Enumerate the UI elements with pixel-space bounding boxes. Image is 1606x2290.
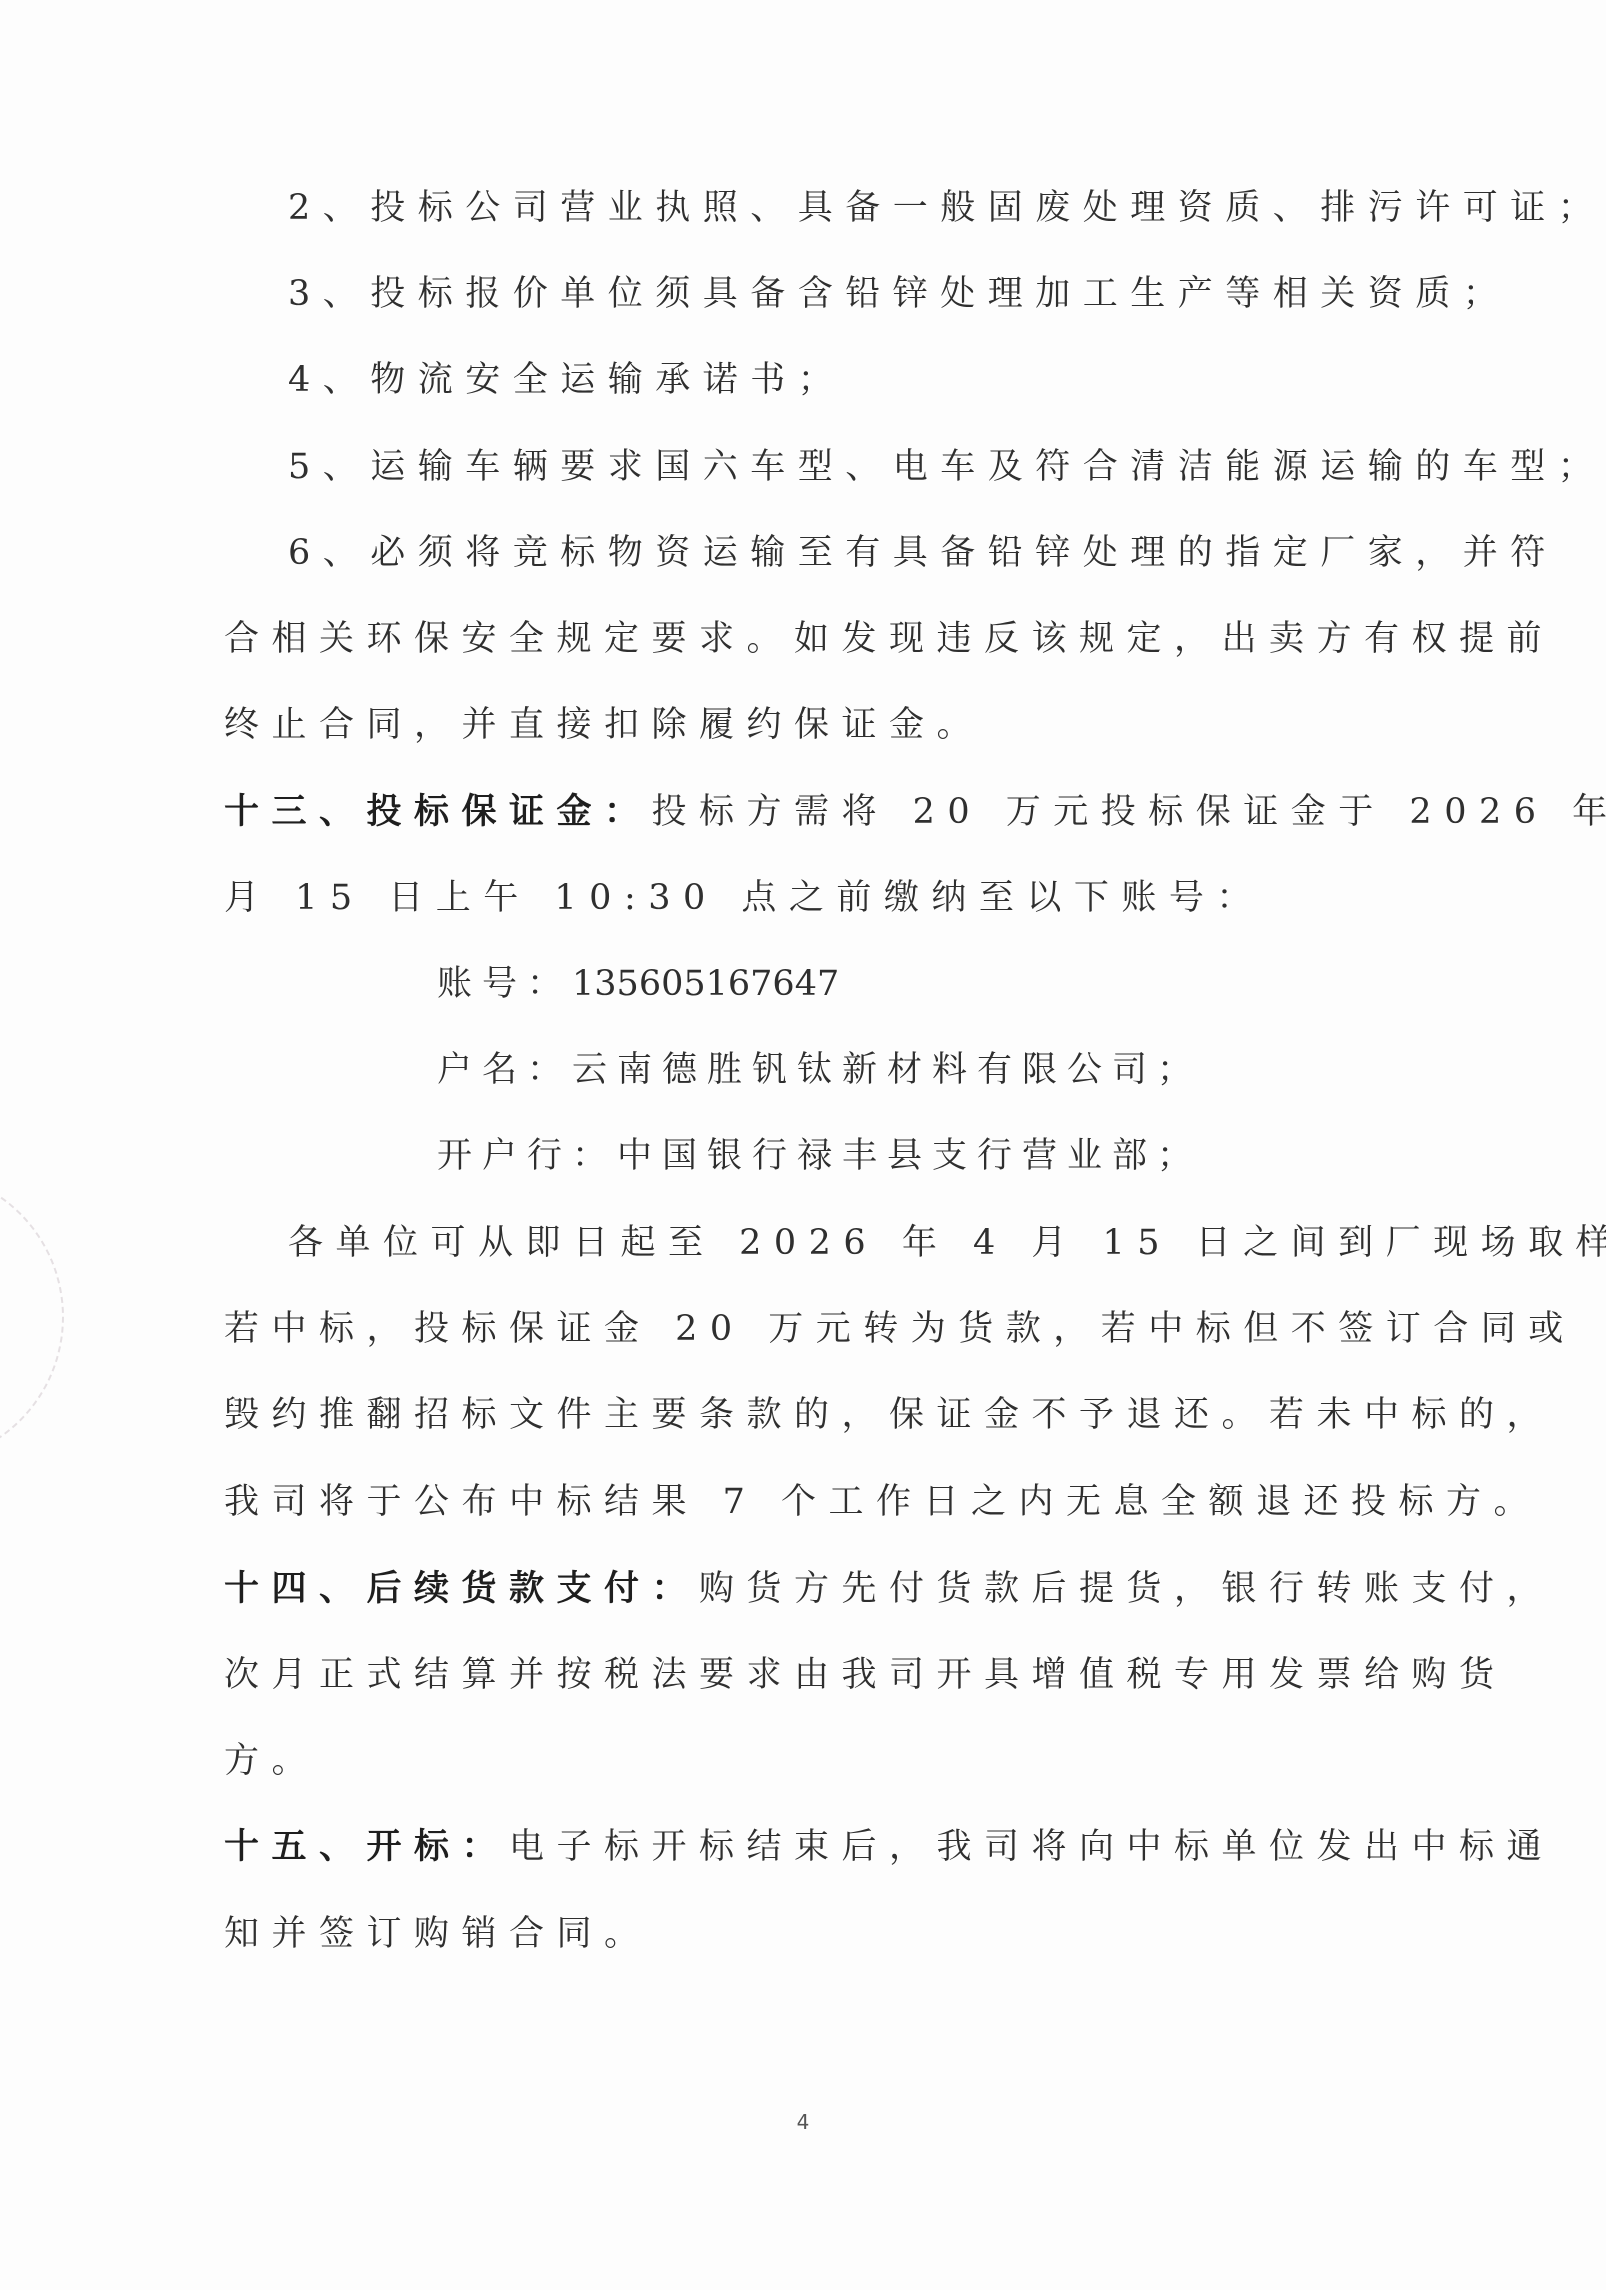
account-number-label: 账号： — [437, 964, 572, 1004]
account-name-line: 户名：云南德胜钒钛新材料有限公司； — [437, 1048, 1587, 1092]
section-13-heading: 十三、投标保证金： — [224, 791, 652, 832]
section-14-line-1: 十四、后续货款支付：购货方先付货款后提货，银行转账支付， — [224, 1567, 1374, 1611]
requirement-item-6-cont2: 终止合同，并直接扣除履约保证金。 — [224, 703, 1374, 747]
account-bank-value: 中国银行禄丰县支行营业部； — [617, 1136, 1202, 1176]
sampling-paragraph-line-4: 我司将于公布中标结果 7 个工作日之内无息全额退还投标方。 — [224, 1480, 1374, 1524]
section-14-line-2: 次月正式结算并按税法要求由我司开具增值税专用发票给购货 — [224, 1653, 1374, 1697]
document-page: 2、投标公司营业执照、具备一般固废处理资质、排污许可证； 3、投标报价单位须具备… — [0, 0, 1606, 2290]
sampling-paragraph-line-1: 各单位可从即日起至 2026 年 4 月 15 日之间到厂现场取样。 — [288, 1221, 1438, 1265]
section-13-line-2: 月 15 日上午 10:30 点之前缴纳至以下账号： — [224, 876, 1374, 920]
requirement-item-3: 3、投标报价单位须具备含铅锌处理加工生产等相关资质； — [288, 272, 1438, 316]
account-name-value: 云南德胜钒钛新材料有限公司； — [572, 1050, 1202, 1090]
requirement-item-2: 2、投标公司营业执照、具备一般固废处理资质、排污许可证； — [288, 186, 1438, 230]
sampling-paragraph-line-3: 毁约推翻招标文件主要条款的，保证金不予退还。若未中标的， — [224, 1393, 1374, 1437]
sampling-paragraph-line-2: 若中标，投标保证金 20 万元转为货款，若中标但不签订合同或 — [224, 1307, 1374, 1351]
section-14-line-3: 方。 — [224, 1739, 1374, 1783]
account-number-value: 135605167647 — [572, 964, 839, 1004]
section-14-heading: 十四、后续货款支付： — [224, 1568, 699, 1609]
section-14-text: 购货方先付货款后提货，银行转账支付， — [699, 1569, 1554, 1609]
requirement-item-5: 5、运输车辆要求国六车型、电车及符合清洁能源运输的车型； — [288, 445, 1438, 489]
section-15-text: 电子标开标结束后，我司将向中标单位发出中标通 — [509, 1827, 1554, 1867]
seal-stamp-partial — [0, 1170, 64, 1464]
section-15-line-2: 知并签订购销合同。 — [224, 1912, 1374, 1956]
section-13-text: 投标方需将 20 万元投标保证金于 2026 年 4 — [652, 792, 1606, 832]
account-bank-label: 开户行： — [437, 1136, 617, 1176]
page-number: 4 — [0, 2110, 1606, 2134]
account-bank-line: 开户行：中国银行禄丰县支行营业部； — [437, 1134, 1587, 1178]
section-15-line-1: 十五、开标：电子标开标结束后，我司将向中标单位发出中标通 — [224, 1825, 1374, 1869]
section-15-heading: 十五、开标： — [224, 1826, 509, 1867]
requirement-item-6: 6、必须将竞标物资运输至有具备铅锌处理的指定厂家，并符 — [288, 531, 1438, 575]
account-number-line: 账号：135605167647 — [437, 962, 1587, 1006]
requirement-item-6-cont: 合相关环保安全规定要求。如发现违反该规定，出卖方有权提前 — [224, 617, 1374, 661]
section-13-line-1: 十三、投标保证金：投标方需将 20 万元投标保证金于 2026 年 4 — [224, 790, 1374, 834]
requirement-item-4: 4、物流安全运输承诺书； — [288, 358, 1438, 402]
account-name-label: 户名： — [437, 1050, 572, 1090]
